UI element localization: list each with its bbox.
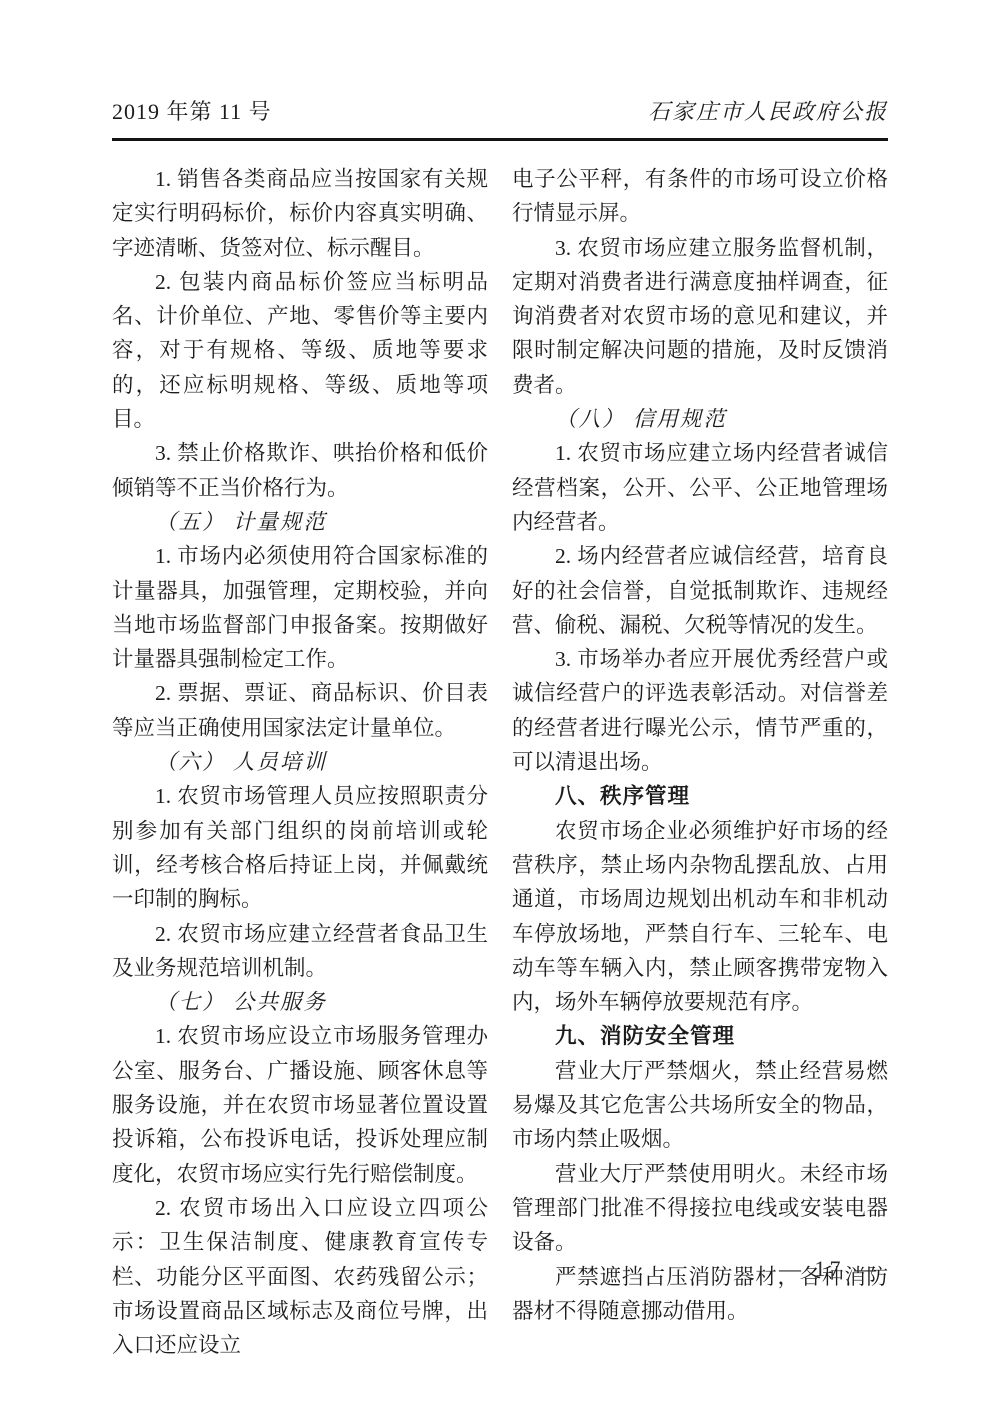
section-heading: 九、消防安全管理: [512, 1019, 888, 1053]
body-paragraph: 2. 农贸市场出入口应设立四项公示：卫生保洁制度、健康教育宣传专栏、功能分区平面…: [112, 1191, 488, 1362]
body-paragraph: 3. 农贸市场应建立服务监督机制，定期对消费者进行满意度抽样调查，征询消费者对农…: [512, 231, 888, 402]
sub-section-heading: （八） 信用规范: [512, 402, 888, 436]
body-paragraph: 2. 包装内商品标价签应当标明品名、计价单位、产地、零售价等主要内容，对于有规格…: [112, 265, 488, 436]
body-paragraph: 1. 农贸市场应建立场内经营者诚信经营档案，公开、公平、公正地管理场内经营者。: [512, 436, 888, 539]
body-paragraph: 2. 场内经营者应诚信经营，培育良好的社会信誉，自觉抵制欺诈、违规经营、偷税、漏…: [512, 539, 888, 642]
left-column: 1. 销售各类商品应当按国家有关规定实行明码标价，标价内容真实明确、字迹清晰、货…: [112, 162, 488, 1362]
publication-title: 石家庄市人民政府公报: [648, 98, 888, 126]
body-paragraph: 3. 禁止价格欺诈、哄抬价格和低价倾销等不正当价格行为。: [112, 436, 488, 505]
sub-section-heading: （六） 人员培训: [112, 745, 488, 779]
sub-section-heading: （五） 计量规范: [112, 505, 488, 539]
body-paragraph: 1. 市场内必须使用符合国家标准的计量器具，加强管理，定期校验，并向当地市场监督…: [112, 539, 488, 676]
page-number: — 17 —: [779, 1256, 880, 1282]
section-heading: 八、秩序管理: [512, 779, 888, 813]
body-paragraph: 2. 票据、票证、商品标识、价目表等应当正确使用国家法定计量单位。: [112, 676, 488, 745]
body-paragraph: 3. 市场举办者应开展优秀经营户或诚信经营户的评选表彰活动。对信誉差的经营者进行…: [512, 642, 888, 779]
header-divider: [112, 138, 888, 141]
body-paragraph: 1. 农贸市场管理人员应按照职责分别参加有关部门组织的岗前培训或轮训，经考核合格…: [112, 779, 488, 916]
body-paragraph: 营业大厅严禁烟火，禁止经营易燃易爆及其它危害公共场所安全的物品，市场内禁止吸烟。: [512, 1054, 888, 1157]
issue-number: 2019 年第 11 号: [112, 98, 272, 126]
body-paragraph: 1. 农贸市场应设立市场服务管理办公室、服务台、广播设施、顾客休息等服务设施，并…: [112, 1019, 488, 1190]
body-paragraph: 营业大厅严禁使用明火。未经市场管理部门批准不得接拉电线或安装电器设备。: [512, 1157, 888, 1260]
body-paragraph: 1. 销售各类商品应当按国家有关规定实行明码标价，标价内容真实明确、字迹清晰、货…: [112, 162, 488, 265]
right-column: 电子公平秤，有条件的市场可设立价格行情显示屏。3. 农贸市场应建立服务监督机制，…: [512, 162, 888, 1362]
two-column-body: 1. 销售各类商品应当按国家有关规定实行明码标价，标价内容真实明确、字迹清晰、货…: [112, 162, 888, 1362]
body-paragraph: 2. 农贸市场应建立经营者食品卫生及业务规范培训机制。: [112, 917, 488, 986]
body-paragraph: 电子公平秤，有条件的市场可设立价格行情显示屏。: [512, 162, 888, 231]
sub-section-heading: （七） 公共服务: [112, 985, 488, 1019]
page-header: 2019 年第 11 号 石家庄市人民政府公报: [112, 98, 888, 126]
gazette-page: 2019 年第 11 号 石家庄市人民政府公报 1. 销售各类商品应当按国家有关…: [0, 0, 1000, 1414]
body-paragraph: 农贸市场企业必须维护好市场的经营秩序，禁止场内杂物乱摆乱放、占用通道，市场周边规…: [512, 814, 888, 1020]
